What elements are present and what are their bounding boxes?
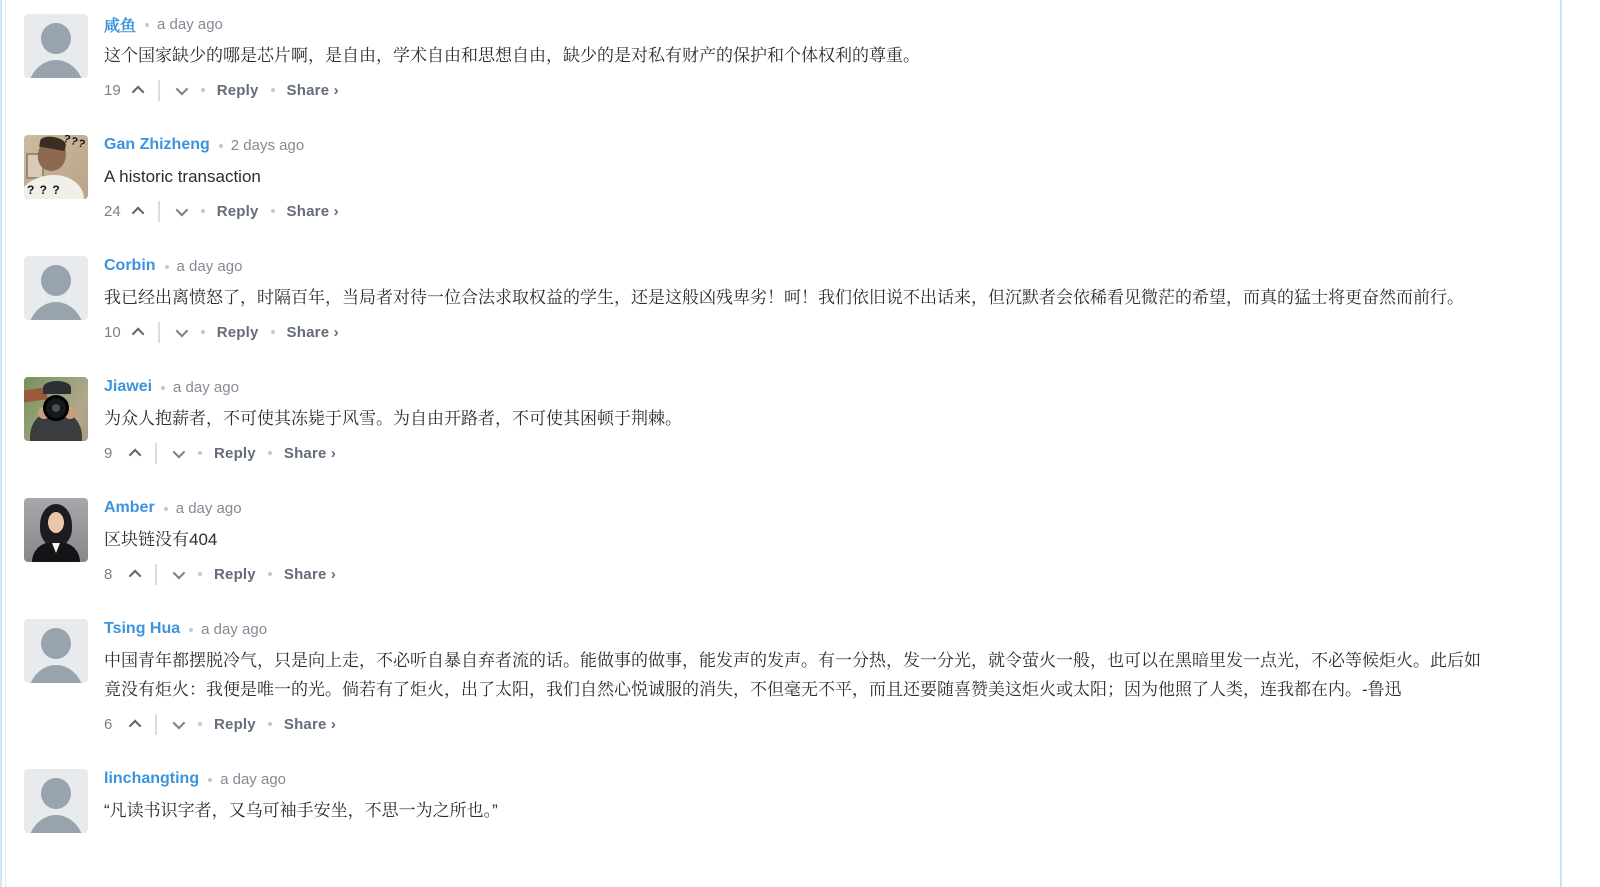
avatar[interactable]: [24, 256, 88, 320]
avatar-shoulders-icon: [27, 60, 85, 78]
separator-dot: [271, 88, 275, 92]
chevron-down-icon: [175, 203, 188, 216]
meta-separator-dot: [189, 628, 193, 632]
comment-author-link[interactable]: linchangting: [104, 770, 199, 788]
avatar[interactable]: [24, 619, 88, 683]
upvote-count: 19: [104, 82, 121, 99]
chevron-up-icon: [131, 85, 144, 98]
avatar-head-icon: [41, 23, 71, 54]
chevron-up-icon: [129, 448, 142, 461]
reply-button[interactable]: Reply: [217, 324, 259, 341]
downvote-button[interactable]: [172, 207, 189, 216]
camera-icon: [43, 395, 69, 421]
separator-dot: [271, 209, 275, 213]
upvote-count: 8: [104, 566, 118, 583]
chevron-up-icon: [129, 569, 142, 582]
upvote-button[interactable]: [131, 86, 148, 95]
upvote-count: 10: [104, 324, 121, 341]
vote-divider: [155, 564, 157, 585]
avatar[interactable]: [24, 498, 88, 562]
comment-author-link[interactable]: 咸鱼: [104, 13, 136, 36]
downvote-button[interactable]: [169, 570, 186, 579]
meta-separator-dot: [208, 778, 212, 782]
comment-text: 这个国家缺少的哪是芯片啊，是自由，学术自由和思想自由，缺少的是对私有财产的保护和…: [104, 41, 1494, 70]
meta-separator-dot: [145, 23, 149, 27]
share-button[interactable]: Share ›: [287, 82, 339, 99]
upvote-count: 24: [104, 203, 121, 220]
comment-text: 区块链没有404: [104, 525, 1494, 554]
chevron-down-icon: [175, 324, 188, 337]
reply-button[interactable]: Reply: [217, 82, 259, 99]
comment-text: “凡读书识字者，又乌可袖手安坐，不思一为之所也。”: [104, 796, 1494, 825]
upvote-button[interactable]: [131, 328, 148, 337]
avatar-shoulders-icon: [27, 302, 85, 320]
comment-text: A historic transaction: [104, 162, 1494, 191]
comment-item: Amber a day ago 区块链没有404 8 Reply Share ›: [0, 496, 1600, 587]
chevron-up-icon: [131, 327, 144, 340]
comment-item: ??? ? ? ? Gan Zhizheng 2 days ago A hist…: [0, 133, 1600, 224]
meta-separator-dot: [219, 144, 223, 148]
separator-dot: [198, 722, 202, 726]
comment-text: 我已经出离愤怒了，时隔百年，当局者对待一位合法求取权益的学生，还是这般凶残卑劣！…: [104, 283, 1494, 312]
chevron-down-icon: [173, 445, 186, 458]
vote-divider: [155, 714, 157, 735]
reply-button[interactable]: Reply: [214, 716, 256, 733]
downvote-button[interactable]: [172, 86, 189, 95]
comments-page: 咸鱼 a day ago 这个国家缺少的哪是芯片啊，是自由，学术自由和思想自由，…: [0, 0, 1600, 887]
upvote-count: 6: [104, 716, 118, 733]
vote-divider: [155, 443, 157, 464]
vote-divider: [158, 201, 160, 222]
share-button[interactable]: Share ›: [287, 324, 339, 341]
comment-author-link[interactable]: Jiawei: [104, 378, 152, 396]
comment-text: 为众人抱薪者，不可使其冻毙于风雪。为自由开路者，不可使其困顿于荆棘。: [104, 404, 1494, 433]
separator-dot: [271, 330, 275, 334]
comment-text: 中国青年都摆脱冷气，只是向上走，不必听自暴自弃者流的话。能做事的做事，能发声的发…: [104, 646, 1494, 704]
separator-dot: [201, 330, 205, 334]
separator-dot: [201, 88, 205, 92]
meta-separator-dot: [164, 507, 168, 511]
upvote-button[interactable]: [128, 449, 145, 458]
comment-item: Corbin a day ago 我已经出离愤怒了，时隔百年，当局者对待一位合法…: [0, 254, 1600, 345]
meta-separator-dot: [165, 265, 169, 269]
avatar-head-icon: [41, 265, 71, 296]
camera-lens-icon: [52, 404, 60, 412]
comment-item: 咸鱼 a day ago 这个国家缺少的哪是芯片啊，是自由，学术自由和思想自由，…: [0, 12, 1600, 103]
downvote-button[interactable]: [172, 328, 189, 337]
chevron-down-icon: [173, 716, 186, 729]
comment-author-link[interactable]: Amber: [104, 499, 155, 517]
meta-separator-dot: [161, 386, 165, 390]
separator-dot: [268, 572, 272, 576]
chevron-up-icon: [131, 206, 144, 219]
avatar-photo-cap: [43, 381, 71, 394]
upvote-count: 9: [104, 445, 118, 462]
downvote-button[interactable]: [169, 449, 186, 458]
chevron-down-icon: [173, 566, 186, 579]
question-marks-icon: ? ? ?: [27, 183, 61, 197]
avatar-shoulders-icon: [27, 815, 85, 833]
chevron-up-icon: [129, 719, 142, 732]
comment-timestamp[interactable]: a day ago: [220, 771, 286, 788]
comment-item: linchangting a day ago “凡读书识字者，又乌可袖手安坐，不…: [0, 767, 1600, 833]
comment-timestamp[interactable]: a day ago: [177, 258, 243, 275]
downvote-button[interactable]: [169, 720, 186, 729]
upvote-button[interactable]: [128, 720, 145, 729]
avatar-photo-face: [48, 512, 64, 533]
share-button[interactable]: Share ›: [287, 203, 339, 220]
comment-item: Tsing Hua a day ago 中国青年都摆脱冷气，只是向上走，不必听自…: [0, 617, 1600, 737]
avatar[interactable]: ??? ? ? ?: [24, 135, 88, 199]
comment-item: Jiawei a day ago 为众人抱薪者，不可使其冻毙于风雪。为自由开路者…: [0, 375, 1600, 466]
share-button[interactable]: Share ›: [284, 445, 336, 462]
avatar-head-icon: [41, 778, 71, 809]
share-button[interactable]: Share ›: [284, 716, 336, 733]
avatar[interactable]: [24, 377, 88, 441]
chevron-down-icon: [175, 82, 188, 95]
separator-dot: [198, 572, 202, 576]
comment-author-link[interactable]: Tsing Hua: [104, 620, 180, 638]
comment-author-link[interactable]: Corbin: [104, 257, 156, 275]
avatar[interactable]: [24, 14, 88, 78]
avatar-shoulders-icon: [27, 665, 85, 683]
share-button[interactable]: Share ›: [284, 566, 336, 583]
separator-dot: [268, 451, 272, 455]
comment-thread: 咸鱼 a day ago 这个国家缺少的哪是芯片啊，是自由，学术自由和思想自由，…: [0, 0, 1600, 833]
comment-timestamp[interactable]: a day ago: [201, 621, 267, 638]
comment-timestamp[interactable]: 2 days ago: [231, 137, 304, 154]
vote-divider: [158, 80, 160, 101]
comment-timestamp[interactable]: a day ago: [157, 16, 223, 33]
comment-timestamp[interactable]: a day ago: [176, 500, 242, 517]
reply-button[interactable]: Reply: [214, 566, 256, 583]
separator-dot: [201, 209, 205, 213]
separator-dot: [268, 722, 272, 726]
comment-author-link[interactable]: Gan Zhizheng: [104, 136, 210, 154]
vote-divider: [158, 322, 160, 343]
upvote-button[interactable]: [128, 570, 145, 579]
upvote-button[interactable]: [131, 207, 148, 216]
avatar[interactable]: [24, 769, 88, 833]
comment-timestamp[interactable]: a day ago: [173, 379, 239, 396]
reply-button[interactable]: Reply: [217, 203, 259, 220]
separator-dot: [198, 451, 202, 455]
reply-button[interactable]: Reply: [214, 445, 256, 462]
avatar-head-icon: [41, 628, 71, 659]
